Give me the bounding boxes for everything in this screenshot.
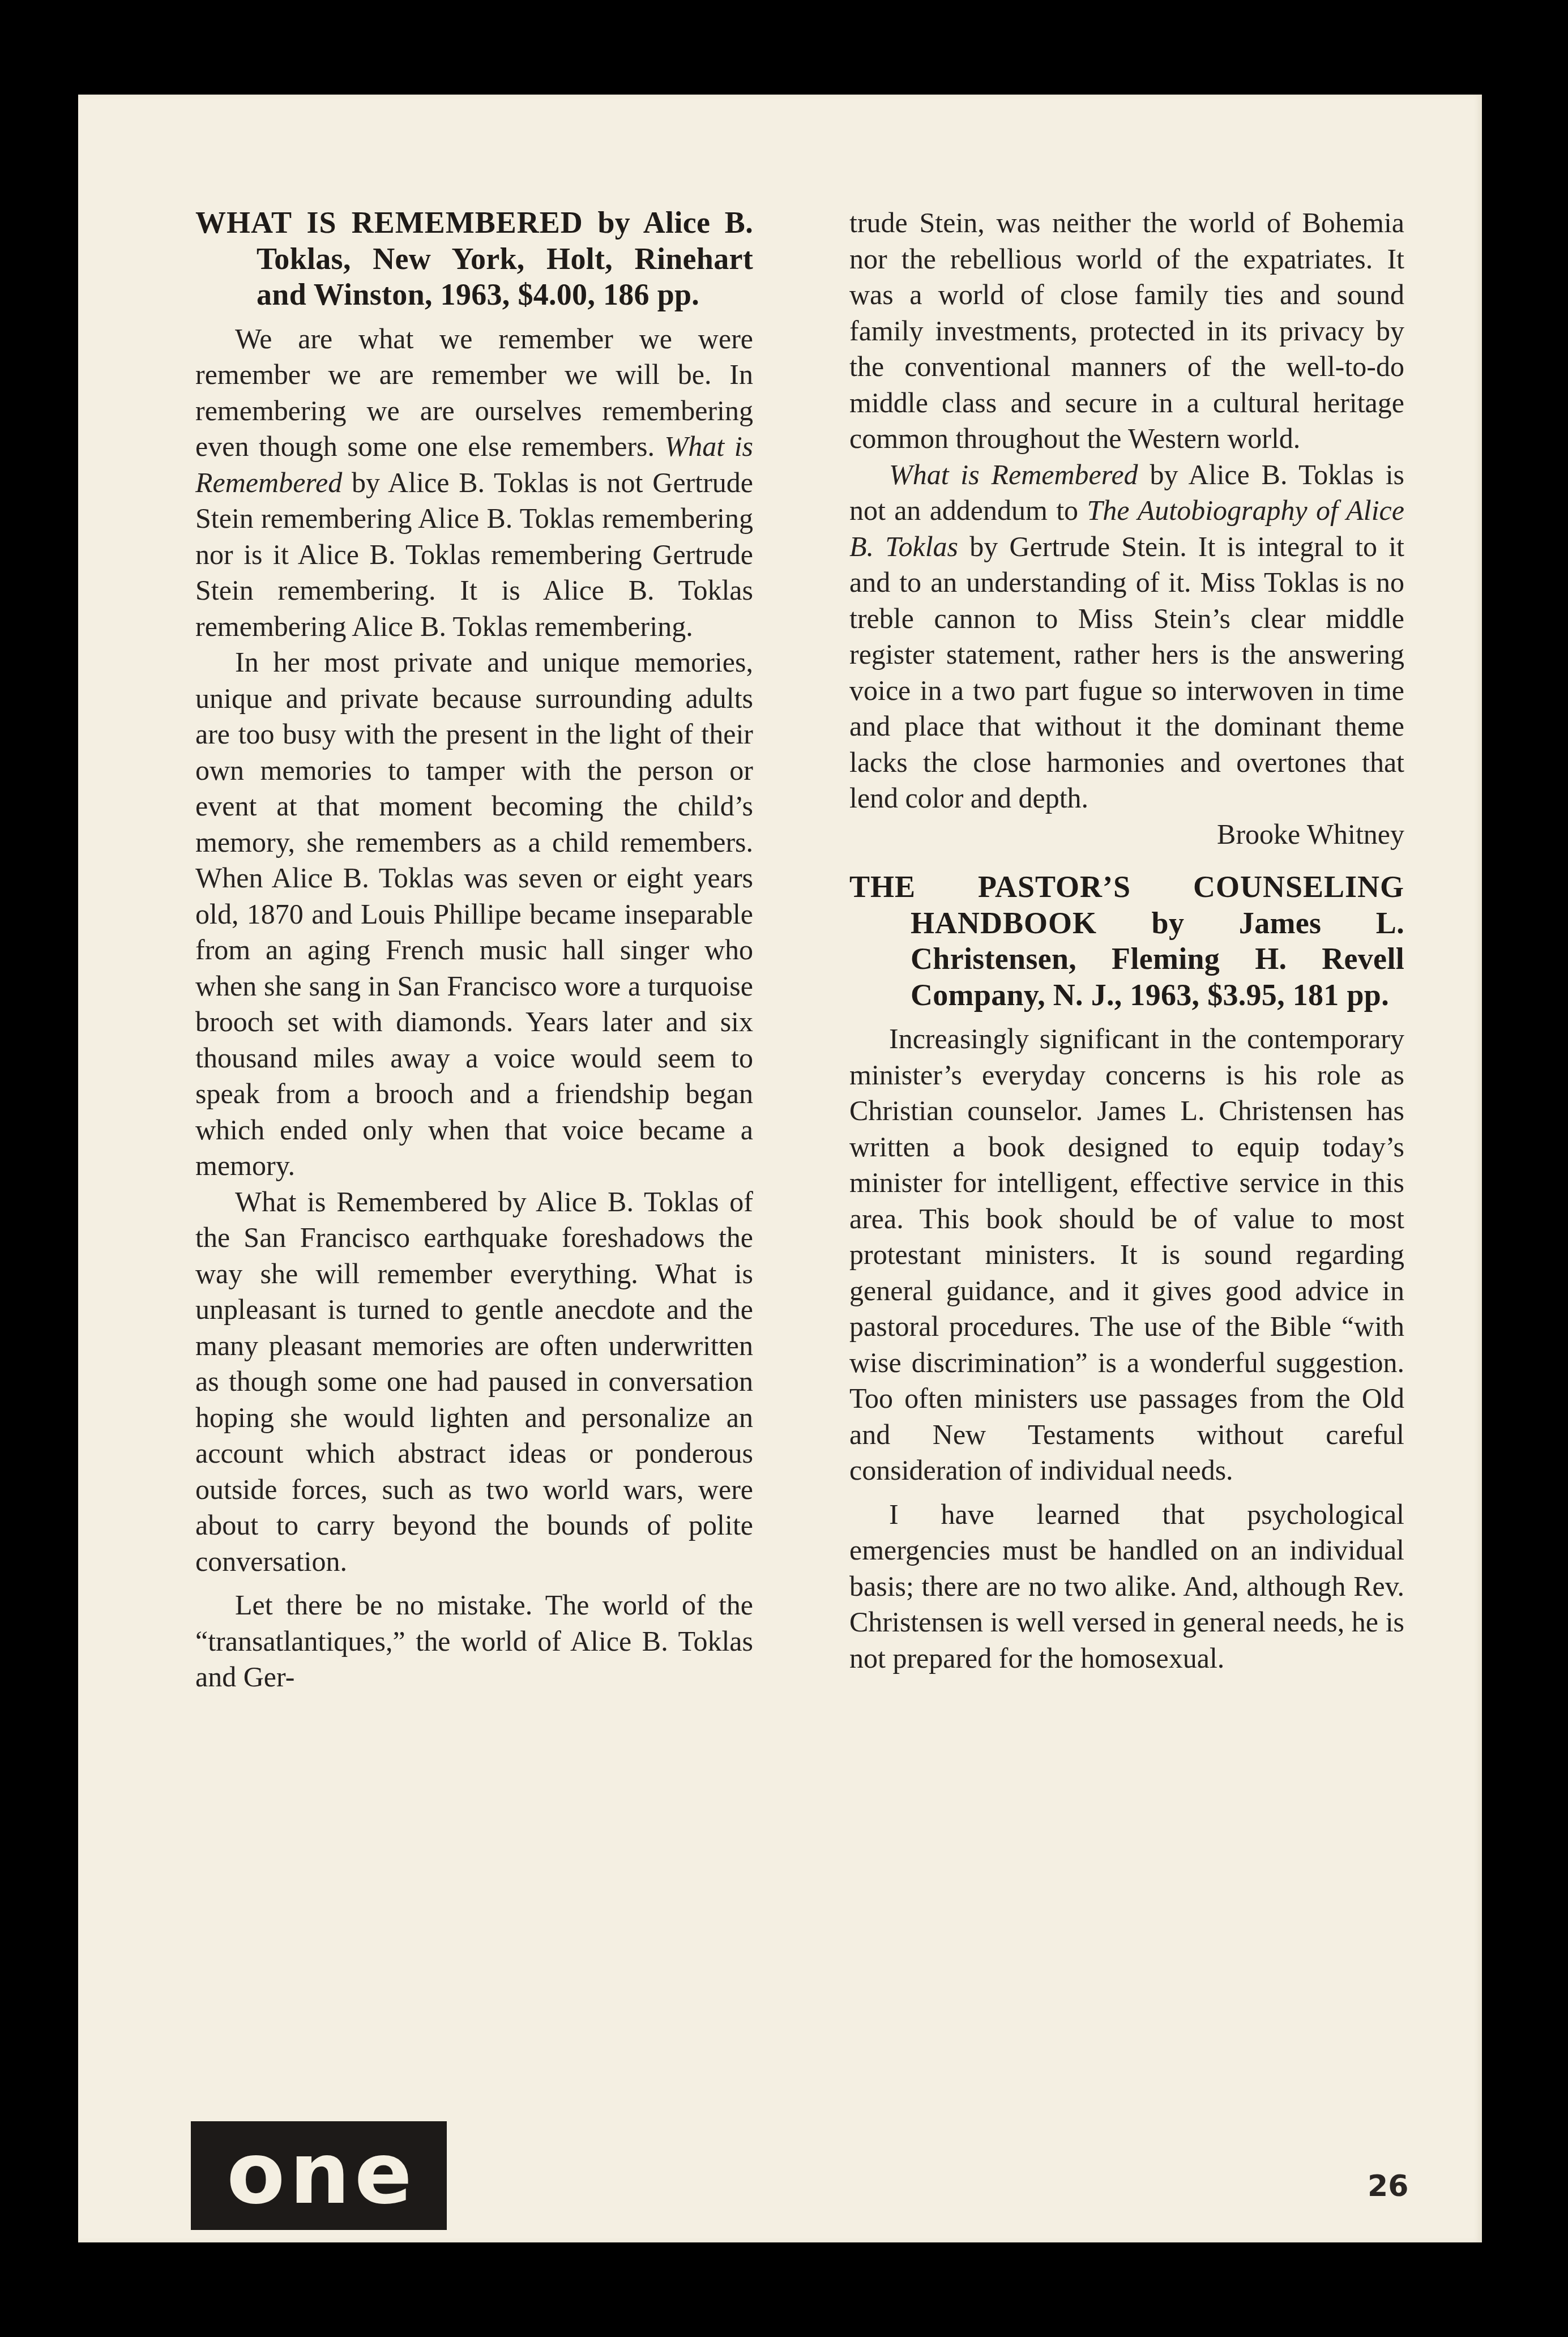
review-heading-pastors-counseling-handbook: THE PASTOR’S COUNSELING HANDBOOK by Jame… bbox=[849, 869, 1404, 1013]
italic-book-title: What is Remembered bbox=[889, 459, 1138, 490]
review-paragraph: Let there be no mistake. The world of th… bbox=[195, 1587, 753, 1695]
review-paragraph: I have learned that psychological emerge… bbox=[849, 1497, 1404, 1677]
one-magazine-logo: one bbox=[191, 2121, 447, 2230]
book-title: WHAT IS REMEMBERED bbox=[195, 206, 583, 240]
review-paragraph: What is Remembered by Alice B. Toklas is… bbox=[849, 457, 1404, 817]
review-heading-what-is-remembered: WHAT IS REMEMBERED by Alice B. Toklas, N… bbox=[195, 205, 753, 313]
logo-text: one bbox=[227, 2131, 417, 2216]
left-column: WHAT IS REMEMBERED by Alice B. Toklas, N… bbox=[195, 205, 753, 1695]
paragraph-text: by Gertrude Stein. It is integral to it … bbox=[849, 531, 1404, 814]
review-paragraph: Increasingly significant in the contempo… bbox=[849, 1021, 1404, 1489]
reviewer-signature: Brooke Whitney bbox=[849, 817, 1404, 853]
review-paragraph: What is Remembered by Alice B. Toklas of… bbox=[195, 1184, 753, 1580]
page-number: 26 bbox=[1368, 2169, 1408, 2203]
review-paragraph: We are what we remember we were remember… bbox=[195, 321, 753, 645]
review-paragraph-continued: trude Stein, was neither the world of Bo… bbox=[849, 205, 1404, 457]
right-column: trude Stein, was neither the world of Bo… bbox=[849, 205, 1404, 1676]
review-paragraph: In her most private and unique memories,… bbox=[195, 644, 753, 1184]
magazine-page: WHAT IS REMEMBERED by Alice B. Toklas, N… bbox=[78, 95, 1482, 2242]
